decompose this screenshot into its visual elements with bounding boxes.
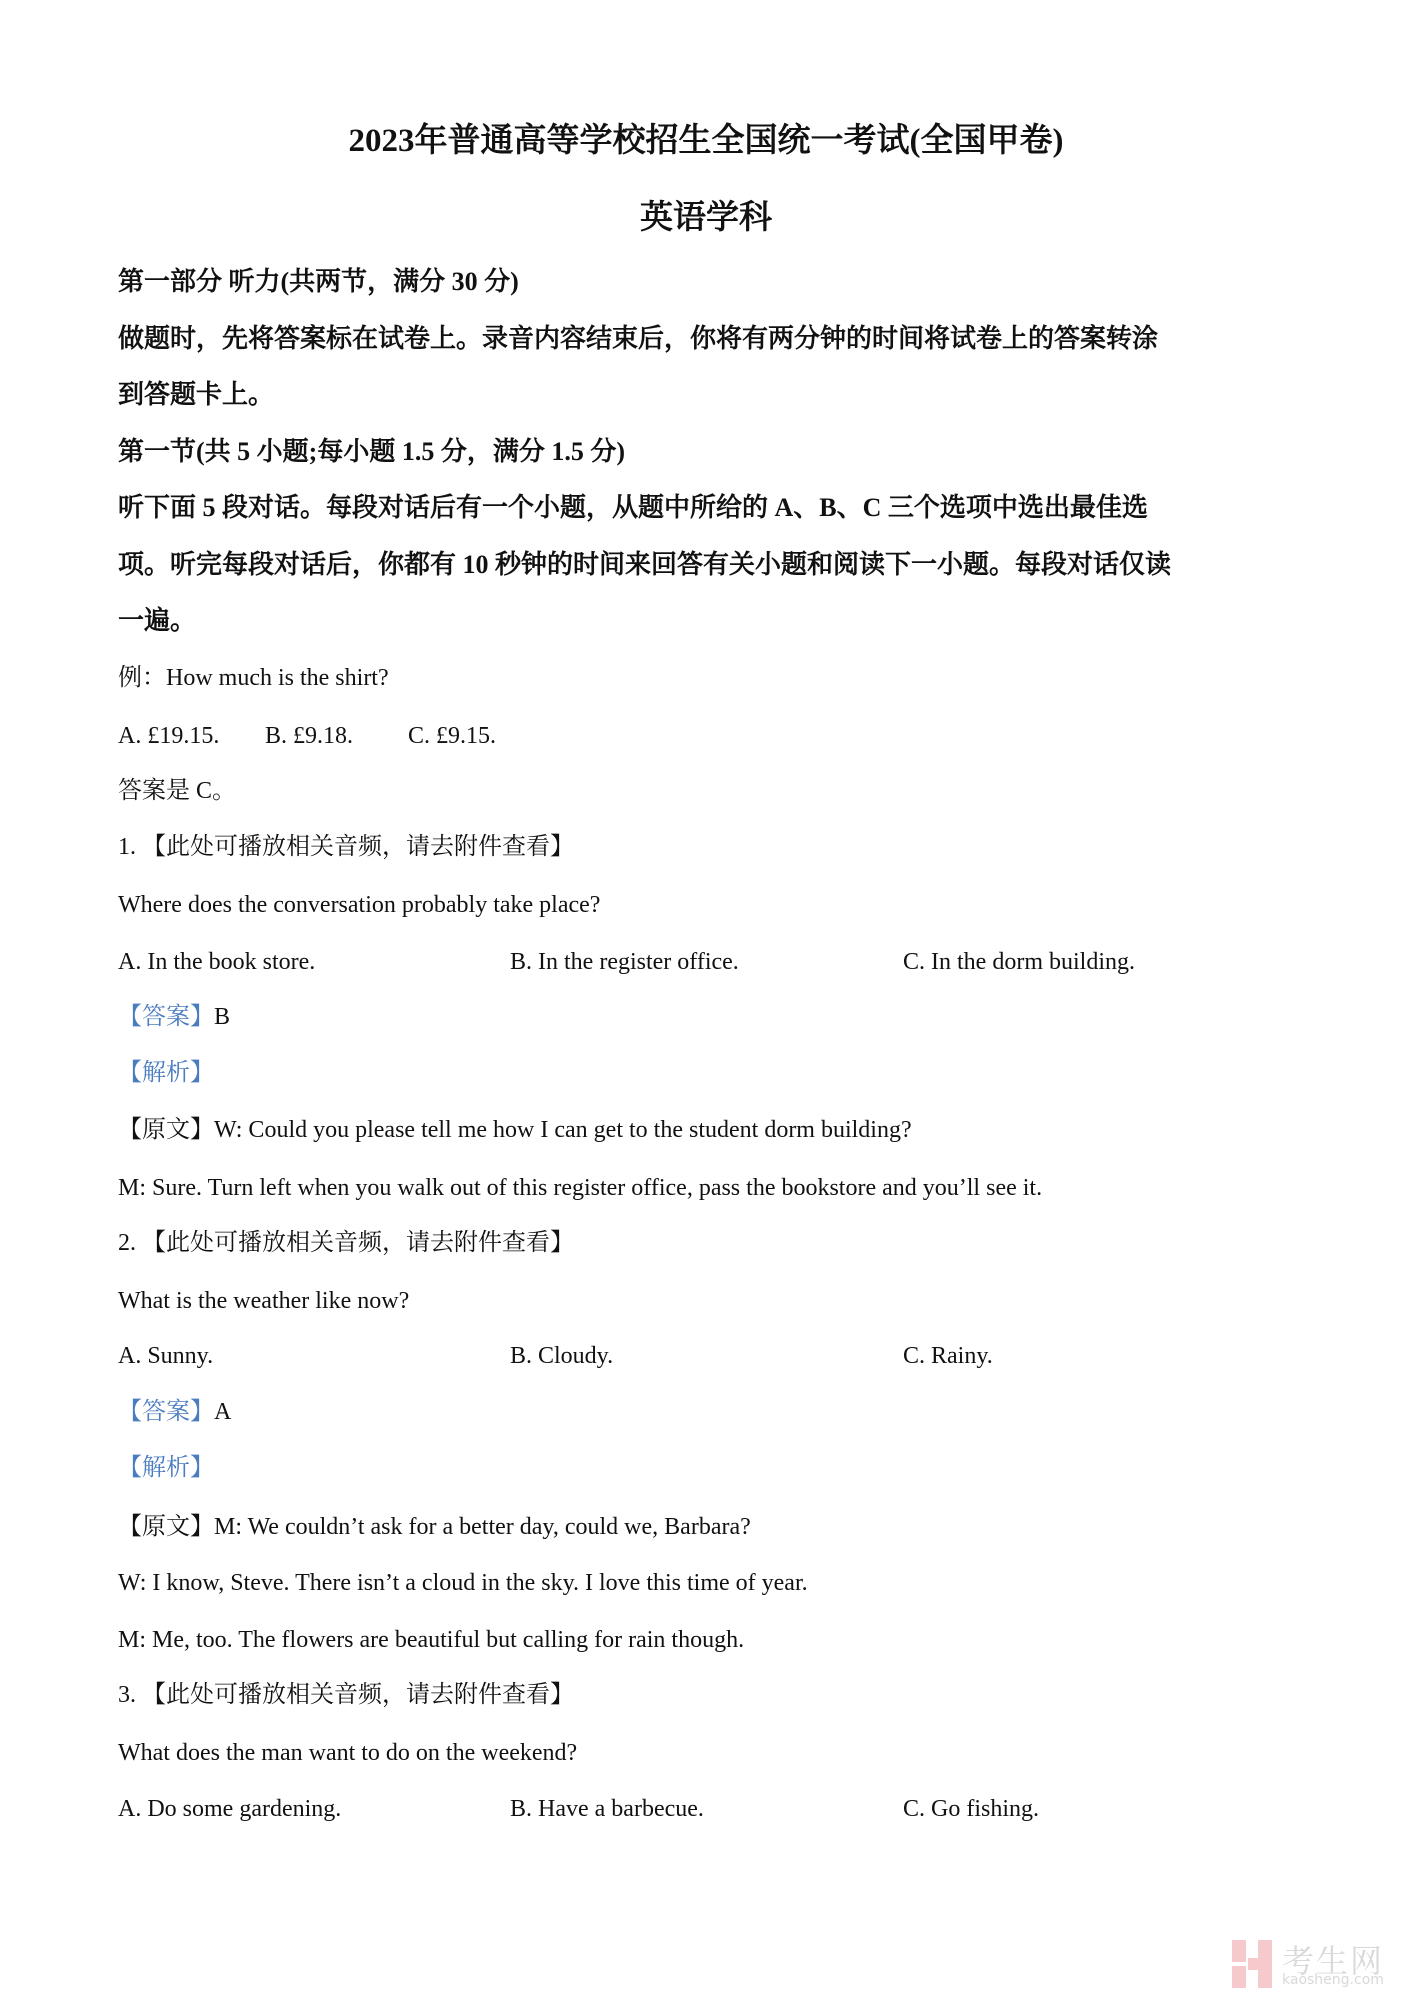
answer-label: 【答案】 (118, 1399, 214, 1425)
transcript-line-q1: M: Sure. Turn left when you walk out of … (118, 1173, 1042, 1203)
option-c-q3: C. Go fishing. (903, 1794, 1039, 1824)
transcript-text: M: We couldn’t ask for a better day, cou… (214, 1514, 751, 1540)
analysis-label: 【解析】 (118, 1455, 214, 1481)
transcript-text: W: Could you please tell me how I can ge… (214, 1117, 912, 1143)
section-heading: 第一节(共 5 小题;每小题 1.5 分，满分 1.5 分) (118, 437, 625, 467)
original-label: 【原文】 (118, 1117, 214, 1143)
example-option-a: A. £19.15. (118, 721, 219, 751)
example-answer: 答案是 C。 (118, 776, 236, 806)
instruction-line: 到答题卡上。 (118, 380, 274, 410)
question-text-q2: What is the weather like now? (118, 1286, 409, 1316)
answer-value: A (214, 1399, 231, 1425)
option-b-q1: B. In the register office. (510, 947, 739, 977)
example-question: 例：How much is the shirt? (118, 663, 389, 693)
transcript-line-q2: W: I know, Steve. There isn’t a cloud in… (118, 1568, 808, 1598)
audio-placeholder-q2[interactable]: 2. 【此处可播放相关音频，请去附件查看】 (118, 1228, 574, 1258)
transcript-line-q2: M: Me, too. The flowers are beautiful bu… (118, 1625, 744, 1655)
example-option-b: B. £9.18. (265, 721, 353, 751)
instruction-line: 做题时，先将答案标在试卷上。录音内容结束后，你将有两分钟的时间将试卷上的答案转涂 (118, 324, 1158, 354)
option-a-q3: A. Do some gardening. (118, 1794, 341, 1824)
section-instruction: 听下面 5 段对话。每段对话后有一个小题，从题中所给的 A、B、C 三个选项中选… (118, 493, 1148, 523)
option-a-q1: A. In the book store. (118, 947, 315, 977)
answer-value: B (214, 1004, 230, 1030)
option-c-q2: C. Rainy. (903, 1341, 993, 1371)
watermark: 考生网 kaosheng.com (1232, 1940, 1408, 1990)
answer-label: 【答案】 (118, 1004, 214, 1030)
option-b-q2: B. Cloudy. (510, 1341, 613, 1371)
document-subtitle: 英语学科 (0, 198, 1412, 238)
answer-row-q1: 【答案】B (118, 1002, 230, 1032)
section-instruction: 项。听完每段对话后，你都有 10 秒钟的时间来回答有关小题和阅读下一小题。每段对… (118, 550, 1171, 580)
question-text-q1: Where does the conversation probably tak… (118, 890, 600, 920)
transcript-line-q2: 【原文】M: We couldn’t ask for a better day,… (118, 1512, 751, 1542)
option-b-q3: B. Have a barbecue. (510, 1794, 704, 1824)
audio-placeholder-q3[interactable]: 3. 【此处可播放相关音频，请去附件查看】 (118, 1680, 574, 1710)
watermark-logo-icon (1232, 1940, 1272, 1988)
analysis-row-q2: 【解析】 (118, 1453, 214, 1483)
part-heading: 第一部分 听力(共两节，满分 30 分) (118, 267, 519, 297)
option-a-q2: A. Sunny. (118, 1341, 213, 1371)
watermark-en: kaosheng.com (1282, 1972, 1384, 1988)
section-instruction: 一遍。 (118, 606, 196, 636)
option-c-q1: C. In the dorm building. (903, 947, 1135, 977)
question-text-q3: What does the man want to do on the week… (118, 1738, 577, 1768)
analysis-row-q1: 【解析】 (118, 1058, 214, 1088)
transcript-line-q1: 【原文】W: Could you please tell me how I ca… (118, 1115, 912, 1145)
example-option-c: C. £9.15. (408, 721, 496, 751)
original-label: 【原文】 (118, 1514, 214, 1540)
audio-placeholder-q1[interactable]: 1. 【此处可播放相关音频，请去附件查看】 (118, 832, 574, 862)
analysis-label: 【解析】 (118, 1060, 214, 1086)
answer-row-q2: 【答案】A (118, 1397, 231, 1427)
document-title: 2023年普通高等学校招生全国统一考试(全国甲卷) (0, 121, 1412, 161)
